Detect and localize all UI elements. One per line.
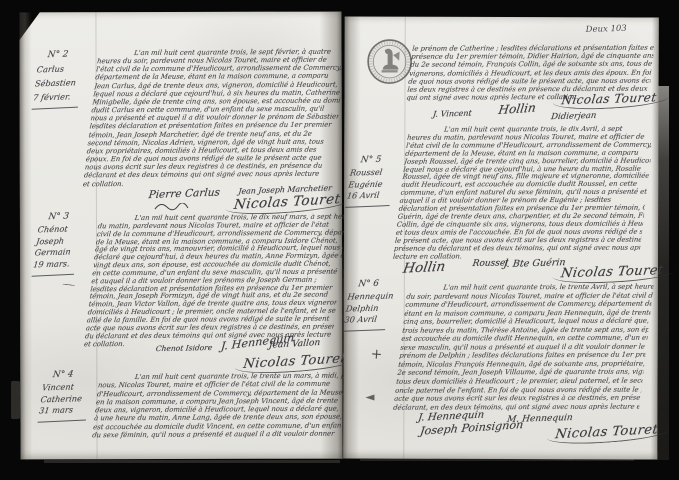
left-page-deckle-edge [19,12,32,459]
handwritten-line: Roussel [349,166,395,179]
margin-dash-mark [62,284,75,287]
margin-note-act-5: N° 5RousselEugénie16 Avril [345,154,396,207]
handwritten-line: Hennequin [347,290,395,303]
signature-nicolas-touret: Nicolas Touret [560,90,657,107]
handwritten-line: Eugénie [347,178,393,191]
signature-j-vincent: J. Vincent [432,109,472,119]
act-n5-text: L'an mil huit cent quarante trois, le di… [392,126,654,264]
act-n6-text: L'an mil huit cent quarante trois, le tr… [392,283,654,414]
gutter-shadow-right [343,16,361,458]
signature-jean-vallon: Jean Vallon [268,338,320,351]
paraph-flourish [154,203,190,213]
handwritten-line: 16 Avril [346,190,392,203]
signature-nicolas-touret: Nicolas Touret [554,422,659,442]
margin-note-act-3: N° 3ChénotJosephGermain19 mars. [32,211,82,276]
handwritten-line: Carlus [36,61,84,76]
handwritten-line: déclarant, en des deux témoins, qui ont … [393,402,640,412]
scanned-register-spread: N° 2CarlusSébastien7 février. N° 3Chénot… [0,0,679,480]
margin-cross-mark: + [370,347,383,362]
bottom-page-edge-left [44,460,340,463]
left-page: N° 2CarlusSébastien7 février. N° 3Chénot… [19,12,342,460]
note-underline [32,274,74,277]
signature-chenot-isidore: Chenot Isidore [155,343,213,353]
right-page: Deux 103 N° 5RousselEugénie16 Avril N° 6… [343,16,659,459]
handwritten-line: Sébastien [34,75,82,90]
handwritten-line: 31 mars [38,404,88,417]
revenue-stamp-icon [366,38,414,86]
margin-note-act-4: N° 4VincentCatherine31 mars [38,369,93,423]
act-n2-text: L'an mil huit cent quarante trois, le se… [82,47,346,190]
signature-j-bte-guerin: J. Bte Guérin [503,257,566,270]
handwritten-line: du sexe féminin, qu'il nous a présenté e… [92,430,341,440]
book-edge-tab [11,381,20,419]
note-underline [38,420,86,423]
signature-hollin: Hollin [402,259,447,277]
signature-nicolas-touret: Nicolas Touret [560,263,665,281]
note-underline [32,107,78,110]
margin-note-act-6: N° 6HennequinDelphin30 Avril [343,278,396,331]
margin-note-act-2: N° 2CarlusSébastien7 février. [32,47,86,109]
signature-pierre-carlus: Pierre Carlus [148,186,221,201]
handwritten-line: 30 Avril [343,314,391,327]
signature-hollin: Hollin [497,101,536,117]
act-n4-text: L'an mil huit cent quarante trois, le tr… [91,371,347,443]
folio-number: Deux 103 [586,24,627,35]
handwritten-line: 19 mars. [32,258,76,271]
handwritten-line: 7 février. [32,89,80,104]
act-n3-text: L'an mil huit cent quarante trois, le di… [83,213,347,350]
handwritten-line: N° 2 [38,47,86,62]
signature-didierjean: Didierjean [550,111,596,122]
handwritten-line: N° 5 [351,154,397,167]
margin-triangle-mark [365,395,374,401]
